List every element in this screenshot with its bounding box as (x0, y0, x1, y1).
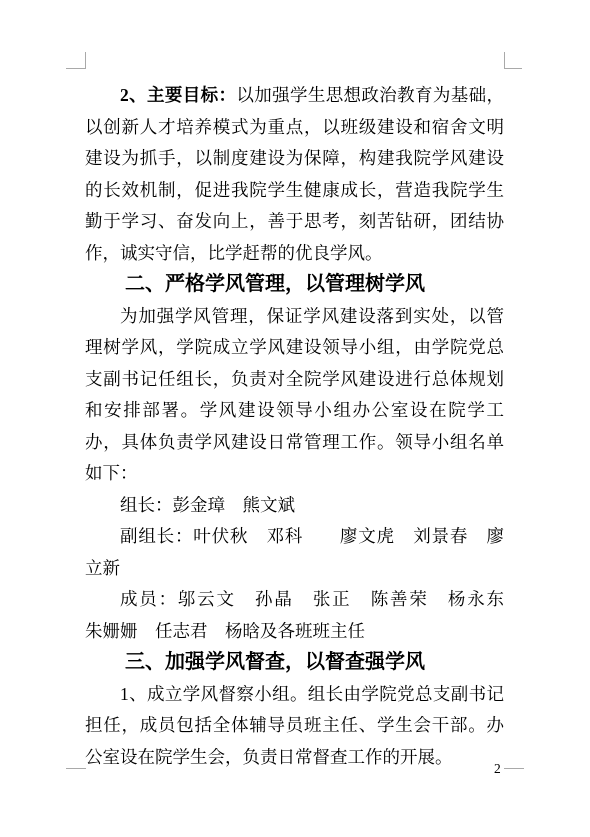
paragraph-main-goal-text: 以加强学生思想政治教育为基础，以创新人才培养模式为重点，以班级建设和宿舍文明建设… (85, 85, 504, 263)
paragraph-management-intro: 为加强学风管理，保证学风建设落到实处，以管理树学风，学院成立学风建设领导小组，由… (85, 301, 504, 490)
text-boundary-mark-top-right (504, 52, 522, 69)
page-content: 2、主要目标：以加强学生思想政治教育为基础，以创新人才培养模式为重点，以班级建设… (85, 80, 504, 773)
leader-group-leaders-line: 组长：彭金璋 熊文斌 (85, 490, 504, 522)
text-boundary-mark-bottom-left (66, 768, 86, 773)
page-number: 2 (494, 761, 501, 777)
document-page: 2、主要目标：以加强学生思想政治教育为基础，以创新人才培养模式为重点，以班级建设… (0, 0, 590, 837)
paragraph-main-goal-lead: 2、主要目标： (120, 85, 236, 105)
section-heading-inspection: 三、加强学风督查，以督查强学风 (85, 647, 504, 679)
leader-group-members-line: 成员：邬云文 孙晶 张正 陈善荣 杨永东 朱姗姗 任志君 杨晗及各班班主任 (85, 584, 504, 647)
text-boundary-mark-bottom-right (504, 768, 524, 773)
leader-group-deputy-leaders-line: 副组长：叶伏秋 邓科 廖文虎 刘景春 廖立新 (85, 521, 504, 584)
section-heading-management: 二、严格学风管理，以管理树学风 (85, 269, 504, 301)
paragraph-main-goal: 2、主要目标：以加强学生思想政治教育为基础，以创新人才培养模式为重点，以班级建设… (85, 80, 504, 269)
text-boundary-mark-top-left (66, 52, 86, 69)
paragraph-inspection-intro: 1、成立学风督察小组。组长由学院党总支副书记担任，成员包括全体辅导员班主任、学生… (85, 679, 504, 774)
